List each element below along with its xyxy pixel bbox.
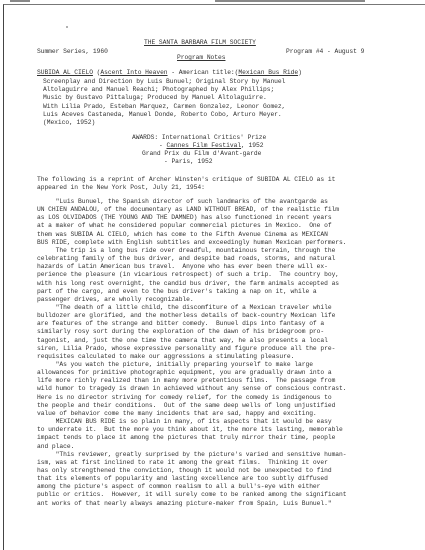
body-line: value of behavior come the many incident…	[37, 410, 317, 418]
festival-name: Cannes Film Festival	[166, 142, 241, 149]
body-line: allowances for primitive photographic eq…	[37, 369, 332, 377]
credit-line: Luis Aceves Castaneda, Manuel Donde, Rob…	[43, 111, 282, 119]
credit-line: Screenplay and Direction by Luis Bunuel;…	[43, 78, 285, 86]
body-line: with his long rest overnight, the candid…	[37, 280, 339, 288]
intro-line: appeared in the New York Post, July 21, …	[37, 184, 205, 192]
credit-line: Music by Gustavo Pittaluga; Produced by …	[43, 94, 267, 102]
body-line: public or critics. However, it will sure…	[37, 491, 347, 499]
body-line: them was SUBIDA AL CIELO, which has come…	[37, 231, 328, 239]
body-line: to underrate it. But the more you think …	[37, 426, 343, 434]
awards-line-4: - Paris, 1952	[164, 158, 212, 166]
body-line: siren, Lilia Prado, whose expressive per…	[37, 345, 335, 353]
body-line: are features of the strange and bitter c…	[37, 320, 324, 328]
body-line: ism, was at first inclined to rate it am…	[37, 459, 328, 467]
body-line: passenger drives, are wholly recognizabl…	[37, 296, 194, 304]
body-line: among the picture's aspect of common rea…	[37, 483, 320, 491]
body-line: ant works of that nearly always amazing …	[37, 500, 332, 508]
body-line: celebrating family of the bus driver, an…	[37, 255, 335, 263]
intro-line: The following is a reprint of Archer Win…	[37, 176, 335, 184]
festival-year: , 1952	[241, 142, 263, 149]
body-line: "As you watch the picture, initially pre…	[37, 361, 313, 369]
body-line: "This reviewer, greatly surprised by the…	[37, 451, 347, 459]
body-line: that its elements of popularity and last…	[37, 475, 328, 483]
body-line: "The death of a little child, the discom…	[37, 304, 332, 312]
american-title-label: - American title:	[168, 69, 235, 76]
program-number: Program #4 - August 9	[286, 48, 364, 56]
american-title: Mexican Bus Ride	[238, 69, 298, 76]
credit-line: With Lilia Prado, Esteban Marquez, Carme…	[43, 103, 285, 111]
body-line: part of the cargo, and even to the bus d…	[37, 288, 317, 296]
body-line: has only strengthened the conviction, th…	[37, 467, 332, 475]
body-line: similarly rosy sort during the explorati…	[37, 328, 324, 336]
body-line: and place.	[37, 443, 74, 451]
body-line: BUS RIDE, complete with English subtitle…	[37, 239, 347, 247]
body-line: hazards of Latin American bus travel. An…	[37, 263, 328, 271]
film-title: SUBIDA AL CIELO	[37, 69, 93, 76]
body-line: the people and their conditions. Out of …	[37, 402, 335, 410]
body-line: bulldozer are glorified, and the motherl…	[37, 312, 335, 320]
body-line: impact tends to place it among the pictu…	[37, 434, 335, 442]
body-line: wild humor to tragedy is drawn in achiev…	[37, 385, 347, 393]
credit-line: (Mexico, 1952)	[43, 119, 95, 127]
document-page: THE SANTA BARBARA FILM SOCIETY Summer Se…	[0, 0, 425, 550]
body-line: as LOS OLVIDADOS (THE YOUNG AND THE DAMN…	[37, 214, 332, 222]
body-line: at a maker of what he considered popular…	[37, 222, 332, 230]
society-title: THE SANTA BARBARA FILM SOCIETY	[144, 39, 256, 47]
body-line: perience the pleasure (in vicarious retr…	[37, 271, 339, 279]
body-line: Here is no director striving for comedy …	[37, 394, 332, 402]
body-line: requisites calculated to make our aggres…	[37, 353, 294, 361]
credit-line: Altolaguirre and Manuel Reachi; Photogra…	[43, 86, 274, 94]
body-line: tagonist, and, just the one time the cam…	[37, 337, 328, 345]
body-line: The trip is a long bus ride over dreadfu…	[37, 247, 335, 255]
alt-title: Ascent Into Heaven	[100, 69, 167, 76]
body-line: UN CHIEN ANDALOU, of the documentary as …	[37, 206, 339, 214]
series-label: Summer Series, 1960	[37, 48, 108, 56]
body-line: MEXICAN BUS RIDE is so plain in many, of…	[37, 418, 332, 426]
body-line: "Luis Bunuel, the Spanish director of su…	[37, 198, 328, 206]
program-notes-heading: Program Notes	[177, 54, 225, 62]
body-line: life more richly realized than in many m…	[37, 377, 335, 385]
film-title-line: SUBIDA AL CIELO (Ascent Into Heaven - Am…	[37, 69, 302, 77]
